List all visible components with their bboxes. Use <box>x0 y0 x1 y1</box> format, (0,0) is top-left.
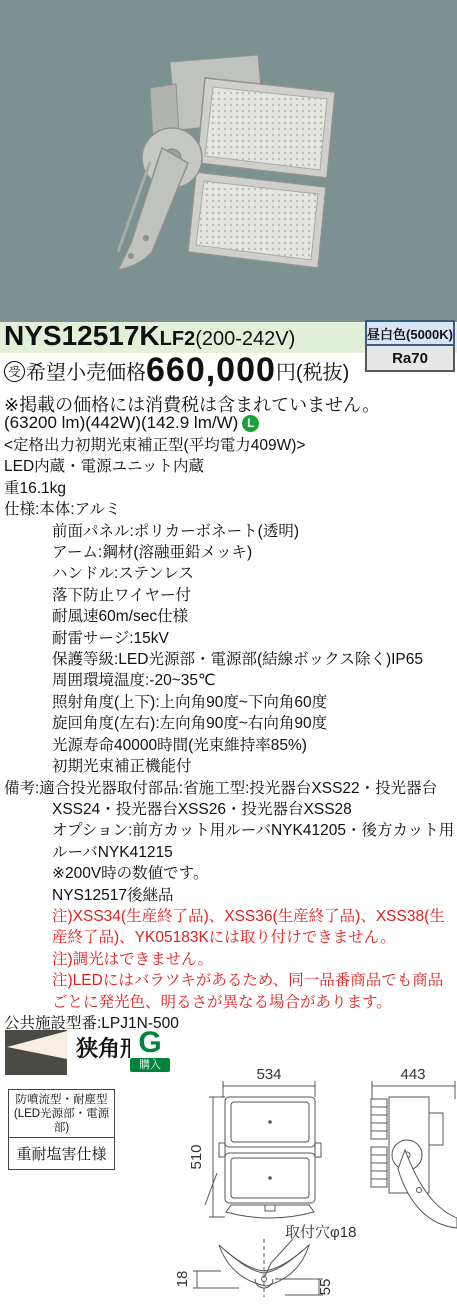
price-row: 受 希望小売価格 660,000 円(税抜) <box>4 353 349 387</box>
salt-damage-label: 重耐塩害仕様 <box>9 1138 114 1169</box>
dimension-diagrams: 534 510 443 取付穴φ18 18 55 <box>175 1055 457 1305</box>
protection-ratings-box: 防噴流型・耐塵型 (LED光源部・電源部) 重耐塩害仕様 <box>8 1089 115 1170</box>
dust-jet-proof-scope: (LED光源部・電源部) <box>9 1107 114 1135</box>
spec-line: 耐雷サージ:15kV <box>4 628 455 649</box>
side-depth-dim: 443 <box>400 1066 425 1083</box>
voltage-range: (200-242V) <box>195 328 295 350</box>
spec-line: アーム:鋼材(溶融亜鉛メッキ) <box>4 542 455 563</box>
front-width-dim: 534 <box>256 1066 281 1083</box>
spec-line: <定格出力初期光束補正型(平均電力409W)> <box>4 435 455 456</box>
color-temp-badge: 昼白色(5000K) <box>365 320 455 346</box>
photometrics-values: (63200 lm)(442W)(142.9 lm/W) <box>4 413 238 433</box>
product-spec-page: NYS12517KLF2(200-242V) 昼白色(5000K) Ra70 受… <box>0 0 457 1305</box>
g-mark-sub: 購入 <box>130 1058 170 1072</box>
spec-line: 耐風速60m/sec仕様 <box>4 606 455 627</box>
spec-line: 照射角度(上下):上向角90度~下向角60度 <box>4 692 455 713</box>
model-suffix: LF2 <box>160 328 196 350</box>
remarks-successor: NYS12517後継品 <box>4 885 455 906</box>
spec-line: 周囲環境温度:-20~35℃ <box>4 670 455 691</box>
red-note: 注)LEDにはバラツキがあるため、同一品番商品でも商品ごとに発光色、明るさが異な… <box>4 970 455 1013</box>
mount-dim-55: 55 <box>317 1279 334 1296</box>
remarks-option: オプション:前方カット用ルーバNYK41205・後方カット用ルーバNYK4121… <box>4 820 455 863</box>
eco-label-icon: L <box>242 415 259 432</box>
badge-stack: 昼白色(5000K) Ra70 <box>365 320 455 372</box>
spec-line: 前面パネル:ポリカーボネート(透明) <box>4 521 455 542</box>
green-purchase-mark-icon: G 購入 <box>130 1029 170 1073</box>
remarks-voltage-note: ※200V時の数値です。 <box>4 863 455 884</box>
model-number: NYS12517K <box>4 320 160 351</box>
remarks-main: 備考:適合投光器取付部品:省施工型:投光器台XSS22・投光器台XSS24・投光… <box>4 778 455 821</box>
product-photo <box>0 0 457 322</box>
spec-line: LED内蔵・電源ユニット内蔵 <box>4 456 455 477</box>
cri-badge: Ra70 <box>365 346 455 372</box>
floodlight-photo-illustration <box>0 0 457 322</box>
order-product-mark: 受 <box>4 361 25 382</box>
front-height-dim: 510 <box>188 1144 205 1169</box>
model-row: NYS12517KLF2(200-242V) <box>4 320 295 352</box>
spec-line: 旋回角度(左右):左向角90度~右向角90度 <box>4 713 455 734</box>
dust-jet-proof-label: 防噴流型・耐塵型 <box>9 1093 114 1107</box>
red-note: 注)XSS34(生産終了品)、XSS36(生産終了品)、XSS38(生産終了品)… <box>4 906 455 949</box>
spec-list: <定格出力初期光束補正型(平均電力409W)> LED内蔵・電源ユニット内蔵 重… <box>4 435 455 1034</box>
narrow-beam-icon <box>5 1030 67 1075</box>
spec-line: 落下防止ワイヤー付 <box>4 585 455 606</box>
spec-line: 初期光束補正機能付 <box>4 756 455 777</box>
mount-hole-label: 取付穴φ18 <box>285 1224 356 1241</box>
spec-line: 光源寿命40000時間(光束維持率85%) <box>4 735 455 756</box>
price-amount: 660,000 <box>146 353 276 387</box>
price-label: 希望小売価格 <box>26 356 146 385</box>
dust-jet-proof-cell: 防噴流型・耐塵型 (LED光源部・電源部) <box>9 1090 114 1138</box>
spec-line: ハンドル:ステンレス <box>4 563 455 584</box>
photometrics-line: (63200 lm)(442W)(142.9 lm/W) L <box>4 413 259 433</box>
spec-line: 仕様:本体:アルミ <box>4 499 455 520</box>
spec-line: 重16.1kg <box>4 478 455 499</box>
mount-dim-18: 18 <box>175 1271 191 1288</box>
price-suffix: 円(税抜) <box>276 356 349 385</box>
red-note: 注)調光はできません。 <box>4 949 455 970</box>
g-mark-letter: G <box>130 1029 170 1057</box>
spec-line: 保護等級:LED光源部・電源部(結線ボックス除く)IP65 <box>4 649 455 670</box>
